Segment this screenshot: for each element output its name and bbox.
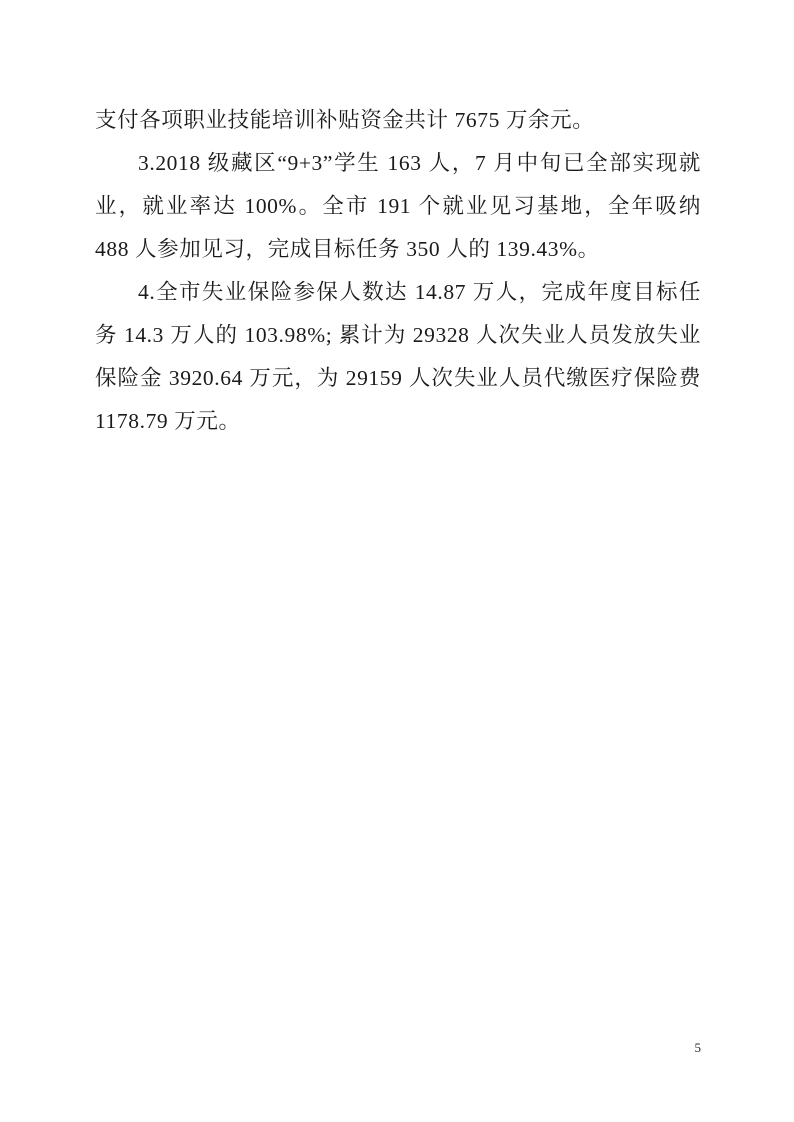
paragraph-item-4: 4.全市失业保险参保人数达 14.87 万人，完成年度目标任务 14.3 万人的… <box>95 271 701 443</box>
paragraph-continuation: 支付各项职业技能培训补贴资金共计 7675 万余元。 <box>95 99 701 142</box>
document-page: 支付各项职业技能培训补贴资金共计 7675 万余元。 3.2018 级藏区“9+… <box>0 0 794 1122</box>
page-number: 5 <box>695 1040 702 1055</box>
document-body: 支付各项职业技能培训补贴资金共计 7675 万余元。 3.2018 级藏区“9+… <box>95 99 701 443</box>
paragraph-item-3: 3.2018 级藏区“9+3”学生 163 人，7 月中旬已全部实现就业，就业率… <box>95 142 701 271</box>
page-footer: 5 <box>95 1038 701 1058</box>
